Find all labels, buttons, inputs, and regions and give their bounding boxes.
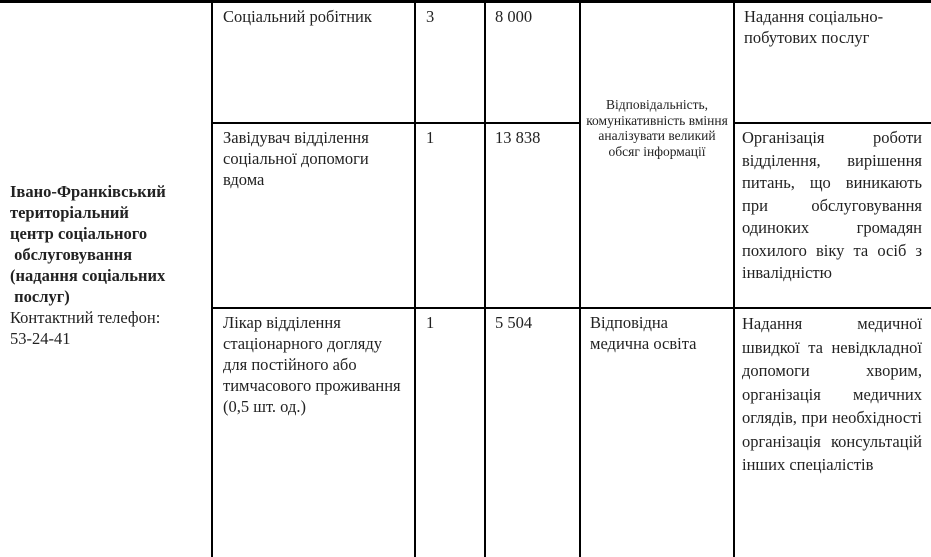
count-cell: 3 [426, 6, 434, 27]
organization-cell: Івано-Франківський територіальний центр … [10, 181, 208, 349]
column-divider [579, 0, 581, 557]
row-divider [211, 122, 581, 124]
position-cell: Завідувач відділення соціальної допомоги… [223, 127, 408, 190]
org-name-line: центр соціального [10, 224, 147, 243]
org-name-line: обслуговування [10, 245, 132, 264]
column-divider [414, 0, 416, 557]
row-divider [211, 307, 931, 309]
column-divider [733, 0, 735, 557]
org-name-line: Івано-Франківський [10, 182, 166, 201]
salary-cell: 13 838 [495, 127, 540, 148]
organization-name: Івано-Франківський територіальний центр … [10, 181, 208, 307]
requirements-cell: Відповідальність, комунікативність вмінн… [582, 97, 732, 159]
position-cell: Лікар відділення стаціонарного догляду д… [223, 312, 403, 417]
count-cell: 1 [426, 127, 434, 148]
duties-cell: Надання медичної швидкої та невідкладної… [742, 312, 922, 477]
column-divider [211, 0, 213, 557]
requirements-cell: Відповідна медична освіта [590, 312, 730, 354]
org-name-line: територіальний [10, 203, 129, 222]
column-divider [484, 0, 486, 557]
count-cell: 1 [426, 312, 434, 333]
salary-cell: 8 000 [495, 6, 532, 27]
row-divider [733, 122, 931, 124]
org-name-line: послуг) [10, 287, 70, 306]
contact-phone: 53-24-41 [10, 328, 208, 349]
position-cell: Соціальний робітник [223, 6, 403, 27]
contact-label: Контактний телефон: [10, 307, 208, 328]
org-name-line: (надання соціальних [10, 266, 165, 285]
duties-cell: Надання соціально-побутових послуг [744, 6, 894, 48]
duties-cell: Організація роботи відділення, вирішення… [742, 127, 922, 285]
table-top-border [0, 0, 931, 3]
salary-cell: 5 504 [495, 312, 532, 333]
